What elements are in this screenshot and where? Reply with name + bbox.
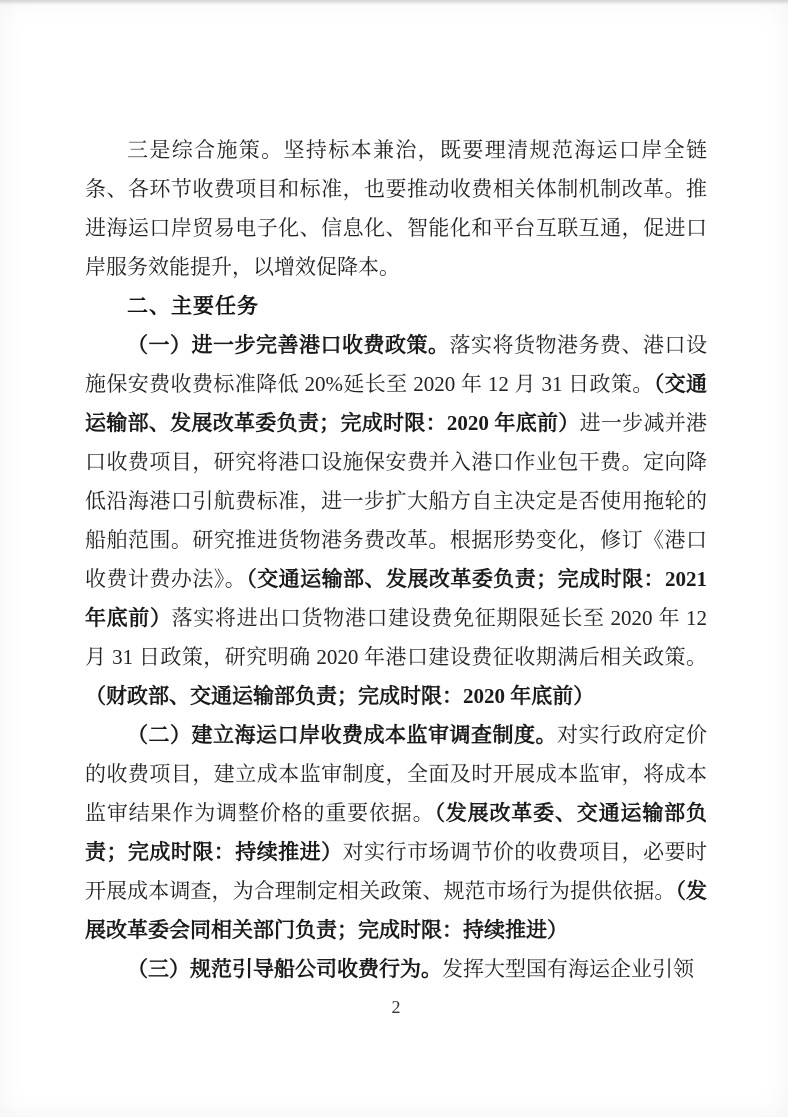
page-number: 2 (85, 995, 707, 1019)
section-heading: 二、主要任务 (85, 287, 707, 326)
document-body: 三是综合施策。坚持标本兼治，既要理清规范海运口岸全链条、各环节收费项目和标准，也… (85, 131, 707, 989)
text-segment-body: 落实将进出口货物港口建设费免征期限延长至 2020 年 12 月 31 日政策，… (85, 606, 707, 669)
paragraph-task-1: （一）进一步完善港口收费政策。落实将货物港务费、港口设施保安费收费标准降低 20… (85, 326, 707, 716)
document-page: 三是综合施策。坚持标本兼治，既要理清规范海运口岸全链条、各环节收费项目和标准，也… (0, 0, 788, 1117)
paragraph-task-2: （二）建立海运口岸收费成本监审调查制度。对实行政府定价的收费项目，建立成本监审制… (85, 716, 707, 950)
text-segment-lead: （三）规范引导船公司收费行为。 (127, 957, 442, 981)
text-segment-body: 发挥大型国有海运企业引领 (442, 957, 694, 981)
paragraph-task-3: （三）规范引导船公司收费行为。发挥大型国有海运企业引领 (85, 950, 707, 989)
text-segment-body: 三是综合施策。坚持标本兼治，既要理清规范海运口岸全链条、各环节收费项目和标准，也… (85, 138, 707, 279)
text-segment-body: 进一步减并港口收费项目，研究将港口设施保安费并入港口作业包干费。定向降低沿海港口… (85, 411, 707, 591)
text-segment-lead: （二）建立海运口岸收费成本监审调查制度。 (127, 723, 557, 747)
text-segment-lead: （一）进一步完善港口收费政策。 (127, 333, 450, 357)
text-segment-resp: （财政部、交通运输部负责；完成时限：2020 年底前） (85, 684, 594, 708)
paragraph-intro: 三是综合施策。坚持标本兼治，既要理清规范海运口岸全链条、各环节收费项目和标准，也… (85, 131, 707, 287)
